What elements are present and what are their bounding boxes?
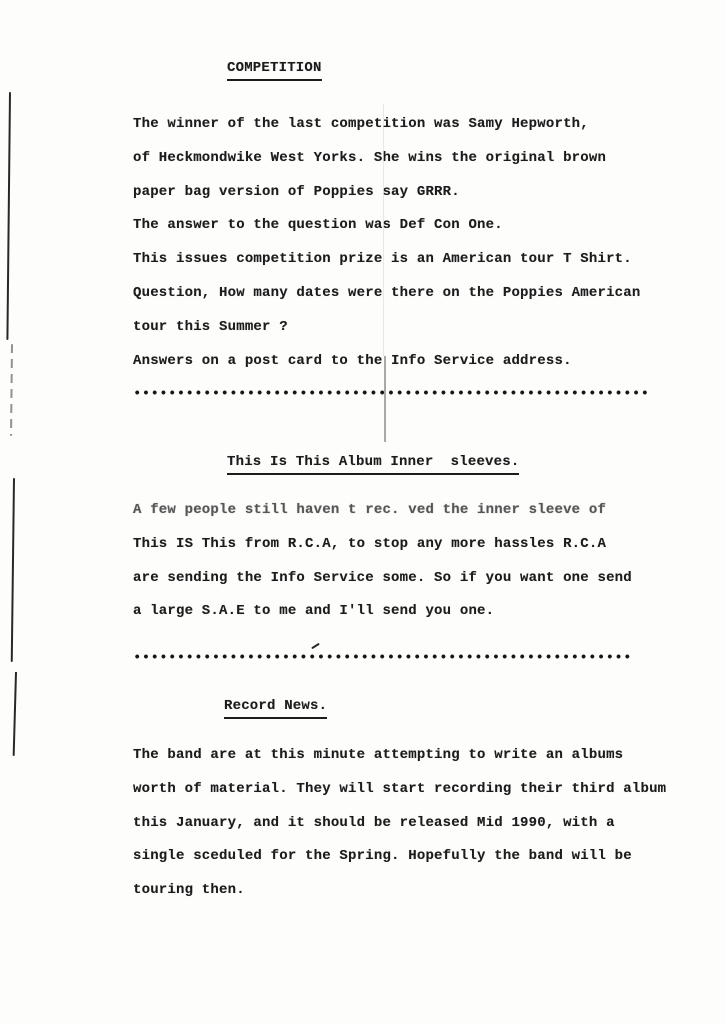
dotted-separator-1: ••••••••••••••••••••••••••••••••••••••••… [133,386,649,402]
text-line: touring then. [133,878,666,912]
text-line: paper bag version of Poppies say GRRR. [133,180,640,214]
section-title-competition: COMPETITION [227,60,322,81]
inner-sleeves-paragraph: A few people still haven t rec. ved the … [133,498,632,633]
dotted-separator-2: ••••••••••••••••••••••••••••••••••••••••… [133,650,632,666]
text-line: of Heckmondwike West Yorks. She wins the… [133,146,640,180]
text-line: worth of material. They will start recor… [133,777,666,811]
text-line: Question, How many dates were there on t… [133,281,640,315]
text-line: a large S.A.E to me and I'll send you on… [133,599,632,633]
text-line: A few people still haven t rec. ved the … [133,498,632,532]
text-line: The answer to the question was Def Con O… [133,213,640,247]
text-line: tour this Summer ? [133,315,640,349]
scan-scratch-line-segment [6,92,11,340]
scan-fold-crease [384,356,386,442]
text-line: are sending the Info Service some. So if… [133,566,632,600]
scanned-document-page: COMPETITION The winner of the last compe… [0,0,725,1024]
competition-paragraph: The winner of the last competition was S… [133,112,640,382]
scan-fold-crease [383,104,384,356]
text-line: This issues competition prize is an Amer… [133,247,640,281]
text-line: Answers on a post card to the Info Servi… [133,349,640,383]
scan-scratch-line-segment [13,672,17,756]
text-line: The winner of the last competition was S… [133,112,640,146]
stray-ink-mark [311,643,320,649]
scan-scratch-line-segment [11,478,15,662]
text-line: single sceduled for the Spring. Hopefull… [133,844,666,878]
text-line: this January, and it should be released … [133,811,666,845]
section-title-record-news: Record News. [224,698,327,719]
text-line: This IS This from R.C.A, to stop any mor… [133,532,632,566]
section-title-inner-sleeves: This Is This Album Inner sleeves. [227,454,519,475]
scan-scratch-line-segment [10,344,12,436]
record-news-paragraph: The band are at this minute attempting t… [133,743,666,912]
text-line: The band are at this minute attempting t… [133,743,666,777]
